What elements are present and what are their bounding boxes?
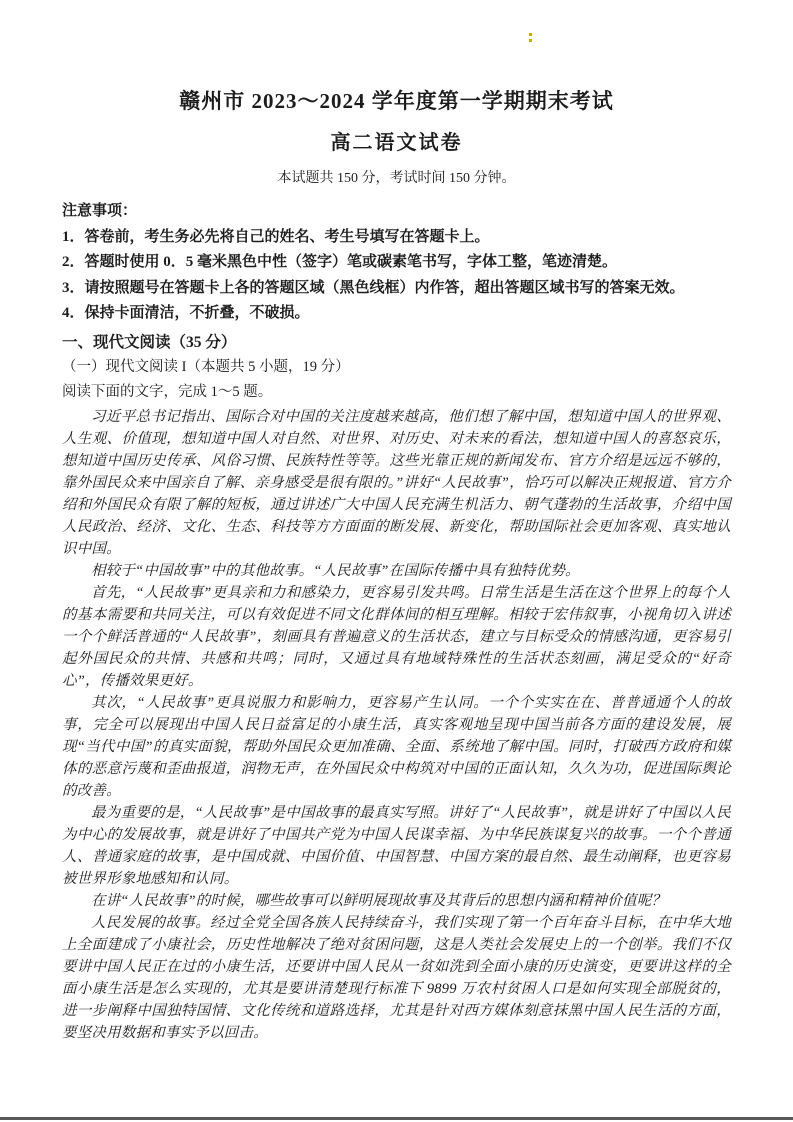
notice-item: 2．答题时使用 0．5 毫米黑色中性（签字）笔或碳素笔书写，字体工整，笔迹清楚。: [62, 250, 731, 276]
passage-paragraph: 习近平总书记指出、国际合对中国的关注度越来越高，他们想了解中国，想知道中国人的世…: [62, 406, 731, 560]
exam-meta-line: 本试题共 150 分，考试时间 150 分钟。: [62, 169, 731, 188]
notice-item: 1．答卷前，考生务必先将自己的姓名、考生号填写在答题卡上。: [62, 225, 731, 251]
notices-block: 注意事项： 1．答卷前，考生务必先将自己的姓名、考生号填写在答题卡上。 2．答题…: [62, 199, 731, 327]
exam-title: 赣州市 2023～2024 学年度第一学期期末考试: [62, 88, 731, 114]
section-subheading: （一）现代文阅读 I（本题共 5 小题，19 分）: [62, 355, 731, 380]
notice-item: 4．保持卡面清洁，不折叠，不破损。: [62, 301, 731, 327]
exam-subtitle: 高二语文试卷: [62, 130, 731, 156]
reading-passage: 习近平总书记指出、国际合对中国的关注度越来越高，他们想了解中国，想知道中国人的世…: [62, 406, 731, 1044]
scan-artifact-dots: [529, 33, 532, 42]
passage-paragraph: 最为重要的是，“人民故事”是中国故事的最真实写照。讲好了“人民故事”，就是讲好了…: [62, 802, 731, 890]
passage-paragraph: 相较于“中国故事”中的其他故事。“人民故事”在国际传播中具有独特优势。: [62, 560, 731, 582]
notice-item: 3．请按照题号在答题卡上各的答题区域（黑色线框）内作答，超出答题区域书写的答案无…: [62, 276, 731, 302]
passage-paragraph: 在讲“人民故事”的时候，哪些故事可以鲜明展现故事及其背后的思想内涵和精神价值呢？: [62, 890, 731, 912]
page-bottom-edge: [0, 1117, 793, 1120]
notices-heading: 注意事项：: [62, 199, 731, 225]
reading-instruction: 阅读下面的文字，完成 1～5 题。: [62, 380, 731, 405]
document-page: 赣州市 2023～2024 学年度第一学期期末考试 高二语文试卷 本试题共 15…: [0, 0, 793, 1122]
section-heading: 一、现代文阅读（35 分）: [62, 330, 731, 355]
passage-paragraph: 首先，“人民故事”更具亲和力和感染力，更容易引发共鸣。日常生活是生活在这个世界上…: [62, 582, 731, 692]
passage-paragraph: 其次，“人民故事”更具说服力和影响力，更容易产生认同。一个个实实在在、普普通通个…: [62, 692, 731, 802]
passage-paragraph: 人民发展的故事。经过全党全国各族人民持续奋斗，我们实现了第一个百年奋斗目标，在中…: [62, 912, 731, 1044]
